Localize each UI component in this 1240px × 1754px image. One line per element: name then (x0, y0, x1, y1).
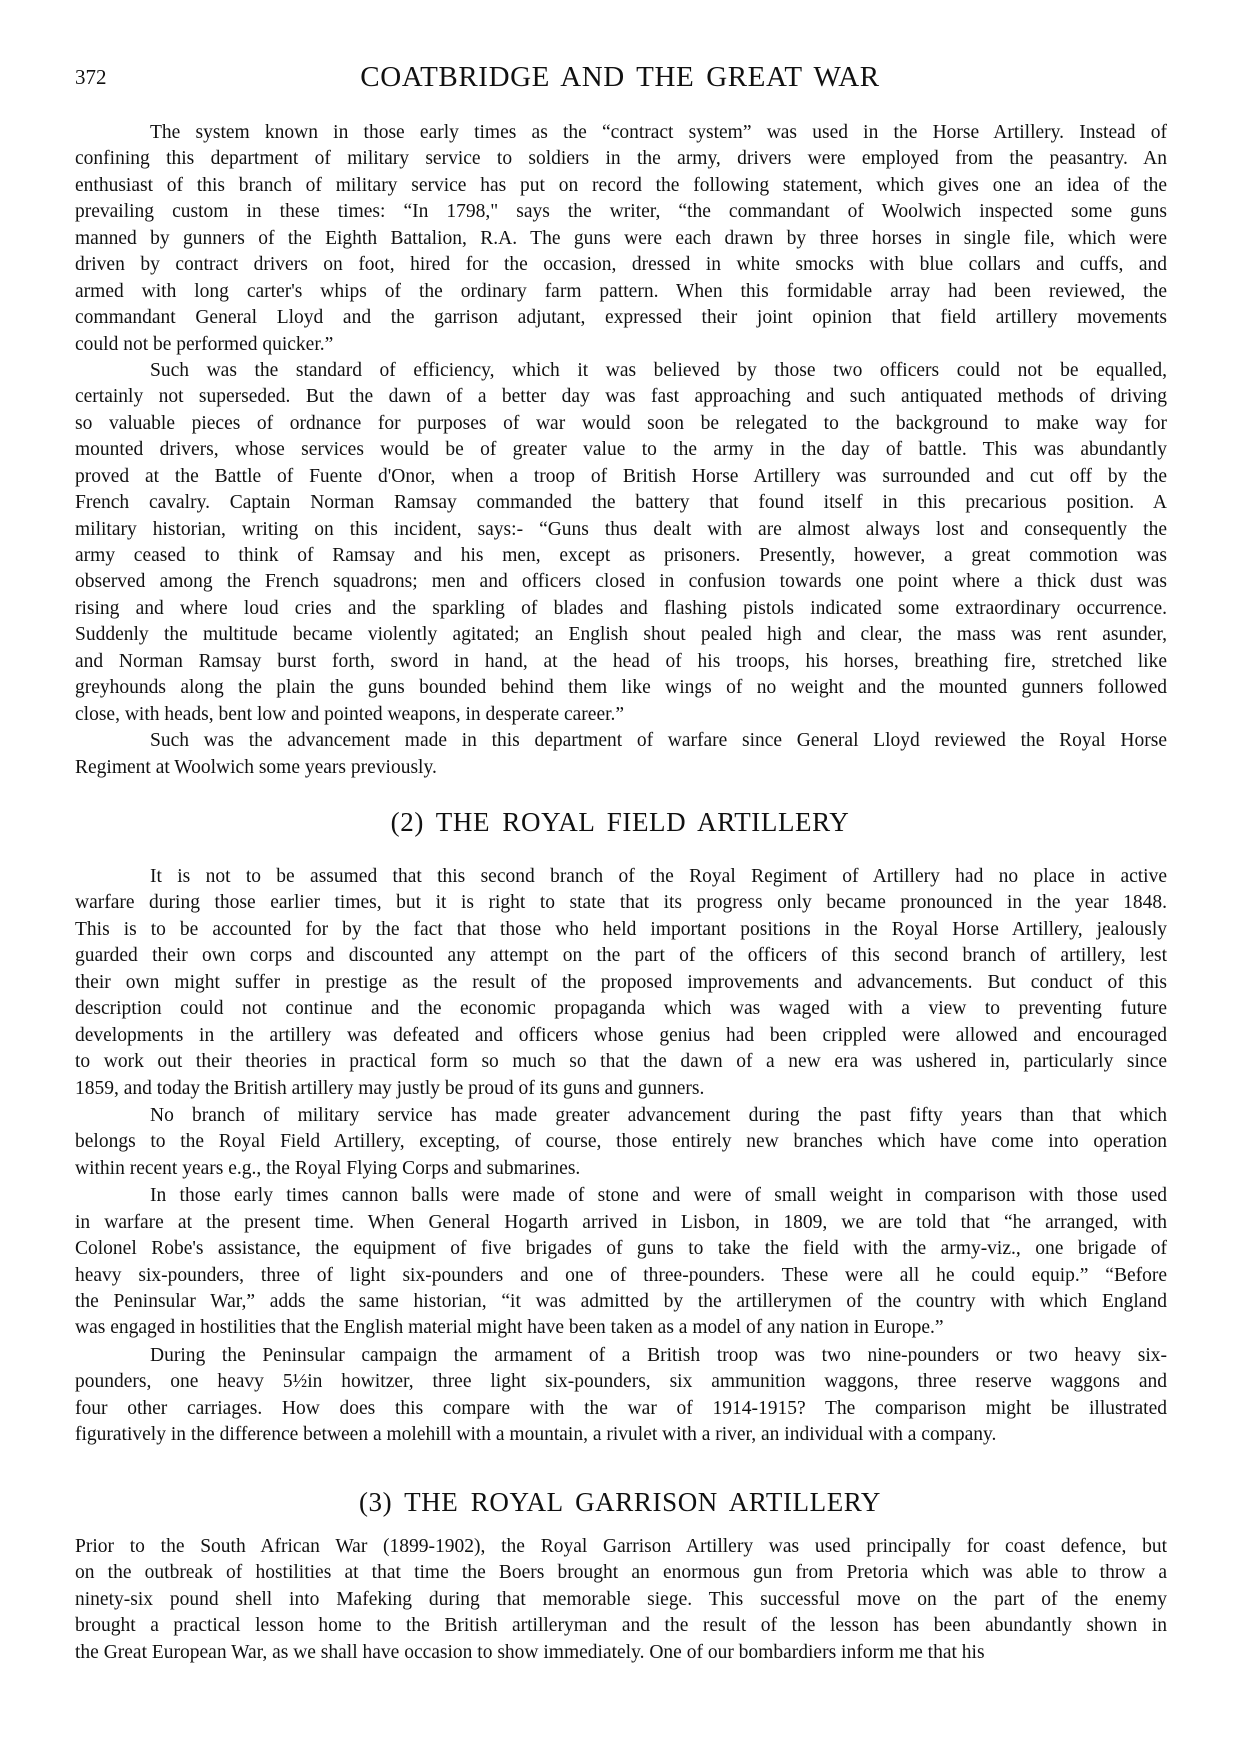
text-line: mounted drivers, whose services would be… (75, 437, 1167, 463)
text-line: observed among the French squadrons; men… (75, 569, 1167, 595)
text-line: ninety-six pound shell into Mafeking dur… (75, 1587, 1167, 1613)
section-royal-garrison-artillery: Prior to the South African War (1899-190… (75, 1534, 1167, 1666)
paragraph: During the Peninsular campaign the armam… (75, 1343, 1167, 1449)
text-line: 1859, and today the British artillery ma… (75, 1076, 1167, 1102)
text-line: guarded their own corps and discounted a… (75, 943, 1167, 969)
text-line: It is not to be assumed that this second… (75, 864, 1167, 890)
text-line: on the outbreak of hostilities at that t… (75, 1560, 1167, 1586)
text-line: confining this department of military se… (75, 146, 1167, 172)
text-line: and Norman Ramsay burst forth, sword in … (75, 649, 1167, 675)
text-line: Regiment at Woolwich some years previous… (75, 755, 1167, 781)
text-line: During the Peninsular campaign the armam… (75, 1343, 1167, 1369)
text-line: could not be performed quicker.” (75, 332, 1167, 358)
running-title: COATBRIDGE AND THE GREAT WAR (0, 60, 1240, 94)
text-line: In those early times cannon balls were m… (75, 1183, 1167, 1209)
text-line: manned by gunners of the Eighth Battalio… (75, 226, 1167, 252)
text-line: so valuable pieces of ordnance for purpo… (75, 411, 1167, 437)
text-line: Prior to the South African War (1899-190… (75, 1534, 1167, 1560)
text-line: within recent years e.g., the Royal Flyi… (75, 1156, 1167, 1182)
text-line: army ceased to think of Ramsay and his m… (75, 543, 1167, 569)
text-line: This is to be accounted for by the fact … (75, 917, 1167, 943)
text-line: heavy six-pounders, three of light six-p… (75, 1263, 1167, 1289)
text-line: the Peninsular War,” adds the same histo… (75, 1289, 1167, 1315)
paragraph: No branch of military service has made g… (75, 1103, 1167, 1182)
text-line: pounders, one heavy 5½in howitzer, three… (75, 1369, 1167, 1395)
section-royal-field-artillery: It is not to be assumed that this second… (75, 864, 1167, 1449)
text-line: military historian, writing on this inci… (75, 517, 1167, 543)
text-line: Colonel Robe's assistance, the equipment… (75, 1236, 1167, 1262)
text-line: description could not continue and the e… (75, 996, 1167, 1022)
text-line: commandant General Lloyd and the garriso… (75, 305, 1167, 331)
text-line: Suddenly the multitude became violently … (75, 622, 1167, 648)
section-heading-royal-garrison-artillery: (3) THE ROYAL GARRISON ARTILLERY (0, 1486, 1240, 1518)
paragraph: The system known in those early times as… (75, 120, 1167, 358)
text-line: developments in the artillery was defeat… (75, 1023, 1167, 1049)
text-line: was engaged in hostilities that the Engl… (75, 1315, 1167, 1341)
text-line: brought a practical lesson home to the B… (75, 1613, 1167, 1639)
section-heading-royal-field-artillery: (2) THE ROYAL FIELD ARTILLERY (0, 806, 1240, 838)
text-line: warfare during those earlier times, but … (75, 890, 1167, 916)
text-line: in warfare at the present time. When Gen… (75, 1210, 1167, 1236)
paragraph: In those early times cannon balls were m… (75, 1183, 1167, 1342)
paragraph: Such was the standard of efficiency, whi… (75, 358, 1167, 728)
text-line: rising and where loud cries and the spar… (75, 596, 1167, 622)
paragraph: Prior to the South African War (1899-190… (75, 1534, 1167, 1666)
text-line: four other carriages. How does this comp… (75, 1396, 1167, 1422)
text-line: No branch of military service has made g… (75, 1103, 1167, 1129)
text-line: prevailing custom in these times: “In 17… (75, 199, 1167, 225)
section-horse-artillery-continued: The system known in those early times as… (75, 120, 1167, 781)
text-line: enthusiast of this branch of military se… (75, 173, 1167, 199)
paragraph: It is not to be assumed that this second… (75, 864, 1167, 1102)
text-line: their own might suffer in prestige as th… (75, 970, 1167, 996)
text-line: to work out their theories in practical … (75, 1049, 1167, 1075)
text-line: driven by contract drivers on foot, hire… (75, 252, 1167, 278)
text-line: figuratively in the difference between a… (75, 1422, 1167, 1448)
text-line: proved at the Battle of Fuente d'Onor, w… (75, 464, 1167, 490)
text-line: French cavalry. Captain Norman Ramsay co… (75, 490, 1167, 516)
text-line: The system known in those early times as… (75, 120, 1167, 146)
text-line: close, with heads, bent low and pointed … (75, 702, 1167, 728)
text-line: certainly not superseded. But the dawn o… (75, 384, 1167, 410)
text-line: Such was the advancement made in this de… (75, 728, 1167, 754)
paragraph: Such was the advancement made in this de… (75, 728, 1167, 781)
text-line: greyhounds along the plain the guns boun… (75, 675, 1167, 701)
text-line: Such was the standard of efficiency, whi… (75, 358, 1167, 384)
text-line: the Great European War, as we shall have… (75, 1640, 1167, 1666)
text-line: belongs to the Royal Field Artillery, ex… (75, 1129, 1167, 1155)
text-line: armed with long carter's whips of the or… (75, 279, 1167, 305)
